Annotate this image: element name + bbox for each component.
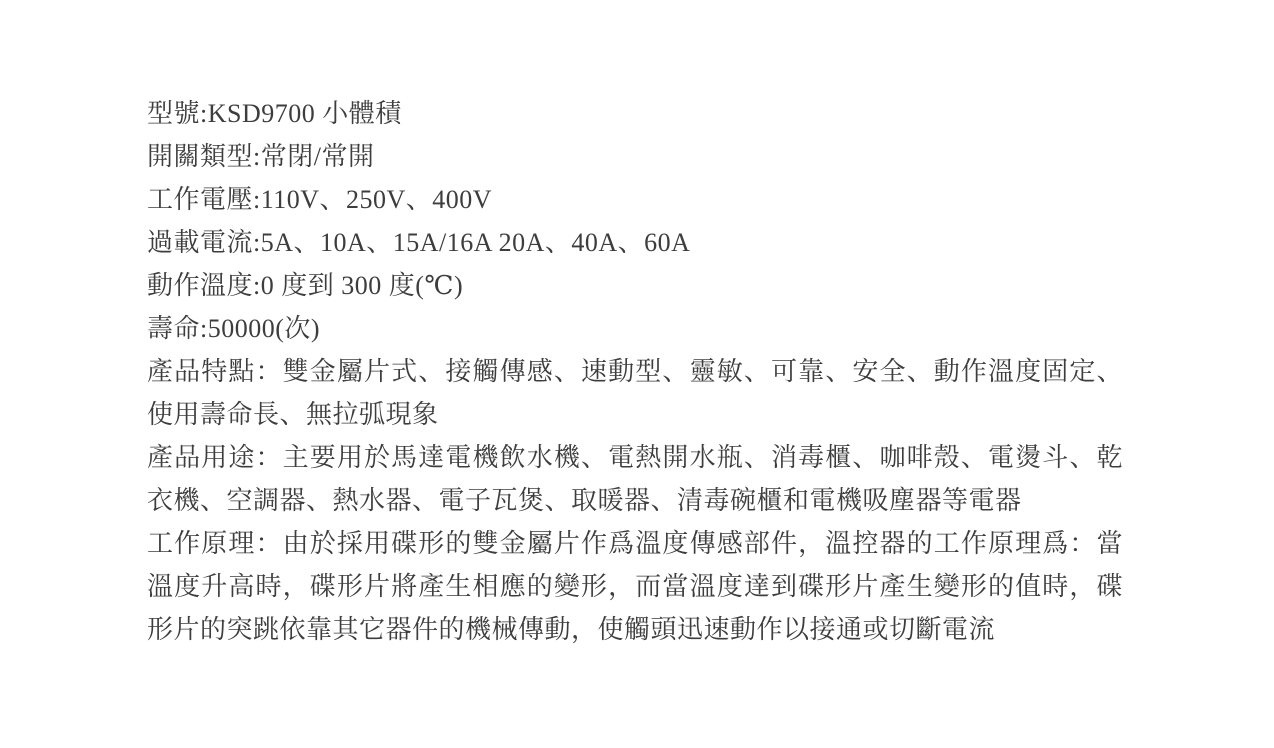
product-description-document: 型號:KSD9700 小體積 開關類型:常閉/常開 工作電壓:110V、250V…	[147, 92, 1123, 651]
spec-line-model: 型號:KSD9700 小體積	[147, 92, 1123, 135]
spec-line-action-temp: 動作溫度:0 度到 300 度(℃)	[147, 264, 1123, 307]
spec-line-overload-current: 過載電流:5A、10A、15A/16A 20A、40A、60A	[147, 221, 1123, 264]
spec-line-working-voltage: 工作電壓:110V、250V、400V	[147, 178, 1123, 221]
spec-line-lifespan: 壽命:50000(次)	[147, 307, 1123, 350]
paragraph-features: 產品特點：雙金屬片式、接觸傳感、速動型、靈敏、可靠、安全、動作溫度固定、使用壽命…	[147, 350, 1123, 436]
paragraph-applications: 產品用途：主要用於馬達電機飲水機、電熱開水瓶、消毒櫃、咖啡殼、電燙斗、乾衣機、空…	[147, 436, 1123, 522]
paragraph-working-principle: 工作原理：由於採用碟形的雙金屬片作爲溫度傳感部件，溫控器的工作原理爲：當溫度升高…	[147, 522, 1123, 651]
spec-line-switch-type: 開關類型:常閉/常開	[147, 135, 1123, 178]
